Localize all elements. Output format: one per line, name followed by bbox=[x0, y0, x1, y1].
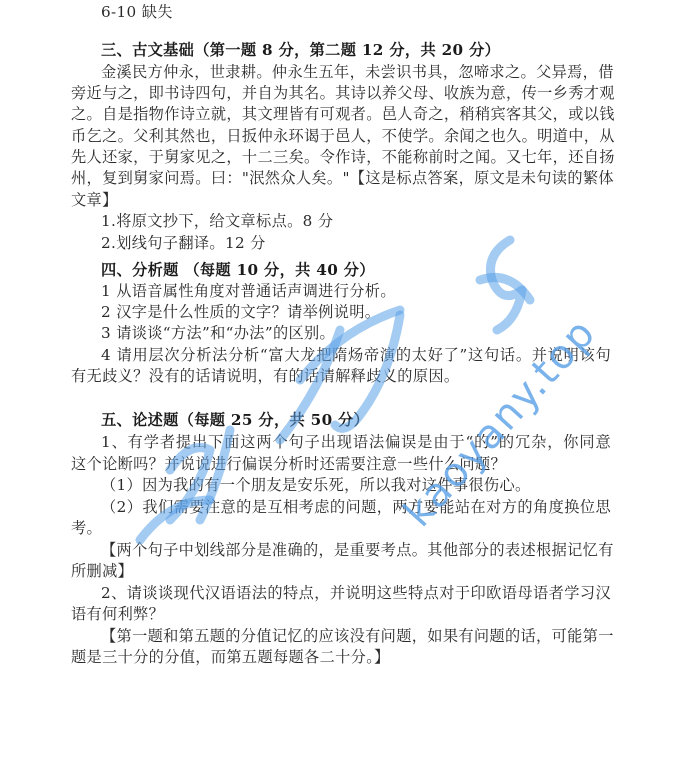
section-3-question-2: 2.划线句子翻译。12 分 bbox=[101, 233, 611, 254]
section-4-question-3: 3 请谈谈“方法”和“办法”的区别。 bbox=[101, 323, 611, 344]
section-4-heading: 四、分析题 （每题 10 分，共 40 分） bbox=[101, 260, 611, 281]
passage-line: 文章】 bbox=[71, 190, 611, 211]
score-note: 【第一题和第五题的分值记忆的应该没有问题，如果有问题的话，可能第一 bbox=[101, 626, 611, 647]
section-3-question-1: 1.将原文抄下，给文章标点。8 分 bbox=[101, 211, 611, 232]
passage-line: 州，复到舅家问焉。曰："泯然众人矣。"【这是标点答案，原文是未句读的繁体 bbox=[71, 168, 611, 189]
example-sentence-1: （1）因为我的有一个朋友是安乐死，所以我对这件事很伤心。 bbox=[101, 475, 611, 496]
missing-note: 6-10 缺失 bbox=[101, 2, 611, 23]
section-5-line: 1、有学者提出下面这两个句子出现语法偏误是由于“的”的冗杂，你同意 bbox=[101, 432, 611, 453]
section-4-question-4-cont: 有无歧义？没有的话请说明，有的话请解释歧义的原因。 bbox=[71, 366, 611, 387]
section-5-note: 【两个句子中划线部分是准确的，是重要考点。其他部分的表述根据记忆有 bbox=[101, 540, 611, 561]
section-5-question-2: 2、请谈谈现代汉语语法的特点，并说明这些特点对于印欧语母语者学习汉 bbox=[101, 583, 611, 604]
example-sentence-2: （2）我们需要注意的是互相考虑的问题，两方要能站在对方的角度换位思 bbox=[101, 497, 611, 518]
section-4-question-1: 1 从语音属性角度对普通话声调进行分析。 bbox=[101, 281, 611, 302]
score-note-cont: 题是三十分的分值，而第五题每题各二十分。】 bbox=[71, 647, 611, 668]
passage-line: 旁近与之，即书诗四句，并自为其名。其诗以养父母、收族为意，传一乡秀才观 bbox=[71, 83, 611, 104]
section-5-line: 这个论断吗？并说说进行偏误分析时还需要注意一些什么问题？ bbox=[71, 454, 611, 475]
section-5-line: 考。 bbox=[71, 518, 611, 539]
passage-line: 先人还家，于舅家见之，十二三矣。令作诗，不能称前时之闻。又七年，还自扬 bbox=[71, 147, 611, 168]
section-4-question-4: 4 请用层次分析法分析“富大龙把隋炀帝演的太好了”这句话。并说明该句 bbox=[101, 345, 611, 366]
section-4-question-2: 2 汉字是什么性质的文字？请举例说明。 bbox=[101, 302, 611, 323]
section-5-note-cont: 所删减】 bbox=[71, 561, 611, 582]
section-3-heading: 三、古文基础（第一题 8 分，第二题 12 分，共 20 分） bbox=[101, 40, 611, 61]
section-5-heading: 五、论述题（每题 25 分，共 50 分） bbox=[101, 410, 611, 431]
section-5-question-2-cont: 语有何利弊？ bbox=[71, 604, 611, 625]
passage-line: 币乞之。父利其然也，日扳仲永环谒于邑人，不使学。余闻之也久。明道中，从 bbox=[71, 126, 611, 147]
passage-line: 之。自是指物作诗立就，其文理皆有可观者。邑人奇之，稍稍宾客其父，或以钱 bbox=[71, 104, 611, 125]
passage-line: 金溪民方仲永，世隶耕。仲永生五年，未尝识书具，忽啼求之。父异焉，借 bbox=[101, 62, 611, 83]
document-page: 6-10 缺失 三、古文基础（第一题 8 分，第二题 12 分，共 20 分） … bbox=[0, 0, 690, 777]
